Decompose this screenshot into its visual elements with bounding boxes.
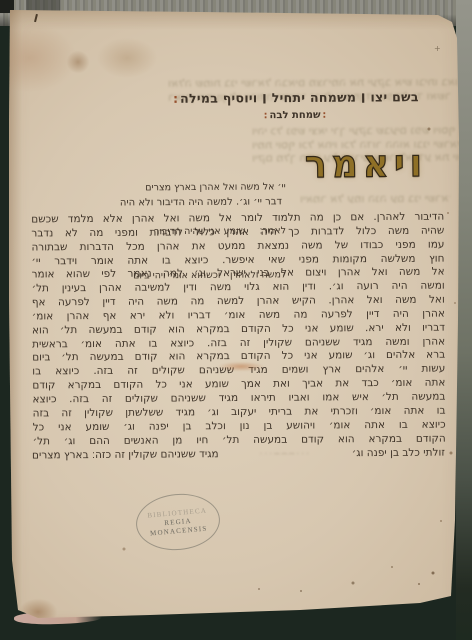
parchment-page: ואלה שמות בני ישראל הבאים מצרימה את יעקב… xyxy=(0,0,472,640)
text-line: יי׳ אל משה ואל אהרן בארץ מצרים xyxy=(98,180,286,196)
header-text: שמחת לבה xyxy=(269,110,320,121)
header-invocation-line: בשם יצו ׀ משמחה יתחיל ׀ ויוסיף במילה׃ xyxy=(170,89,420,106)
faded-red-ink-smudge xyxy=(219,362,263,371)
red-punctuation-mark: ׃ xyxy=(171,91,180,106)
showthrough-text: ויאמר אל עמו הנה עם בני ישראל רב ועצום מ… xyxy=(300,192,450,208)
opening-indent-line: דבר יי׳ וג׳. למשה היה הדיבור ולא היה xyxy=(98,196,282,208)
book-fore-edge xyxy=(456,0,472,640)
main-text-block: הדיבור לאהרן. אם כן מה תלמוד לומר אל משה… xyxy=(31,211,446,449)
erased-word-smudge: ···───··· xyxy=(260,449,311,459)
book-top-edge-shadow xyxy=(26,0,60,11)
line-start-words: זולתי כלב בן יפנה וג׳ xyxy=(352,447,445,460)
manuscript-photo: { "page": { "header": { "mark": "׃", "li… xyxy=(0,0,472,640)
ink-tick-mark xyxy=(34,14,37,22)
final-text-line: זולתי כלב בן יפנה וג׳ ···───··· מגיד ששנ… xyxy=(32,447,445,464)
line-end-words: מגיד ששניהם שקולין זה כזה׃ בארץ מצרים xyxy=(32,448,219,461)
stamp-line: MONACENSIS xyxy=(150,524,208,538)
header-title-line: ׃שמחת לבה׃ xyxy=(170,109,420,122)
header-text: בשם יצו ׀ משמחה יתחיל ׀ ויוסיף במילה xyxy=(180,89,419,106)
small-cross-mark: + xyxy=(434,44,441,53)
red-punctuation-mark: ׃ xyxy=(320,110,328,121)
library-stamp: BIBLIOTHECA REGIA MONACENSIS xyxy=(134,490,223,553)
decorated-initial-word: ויאמר xyxy=(288,141,444,189)
